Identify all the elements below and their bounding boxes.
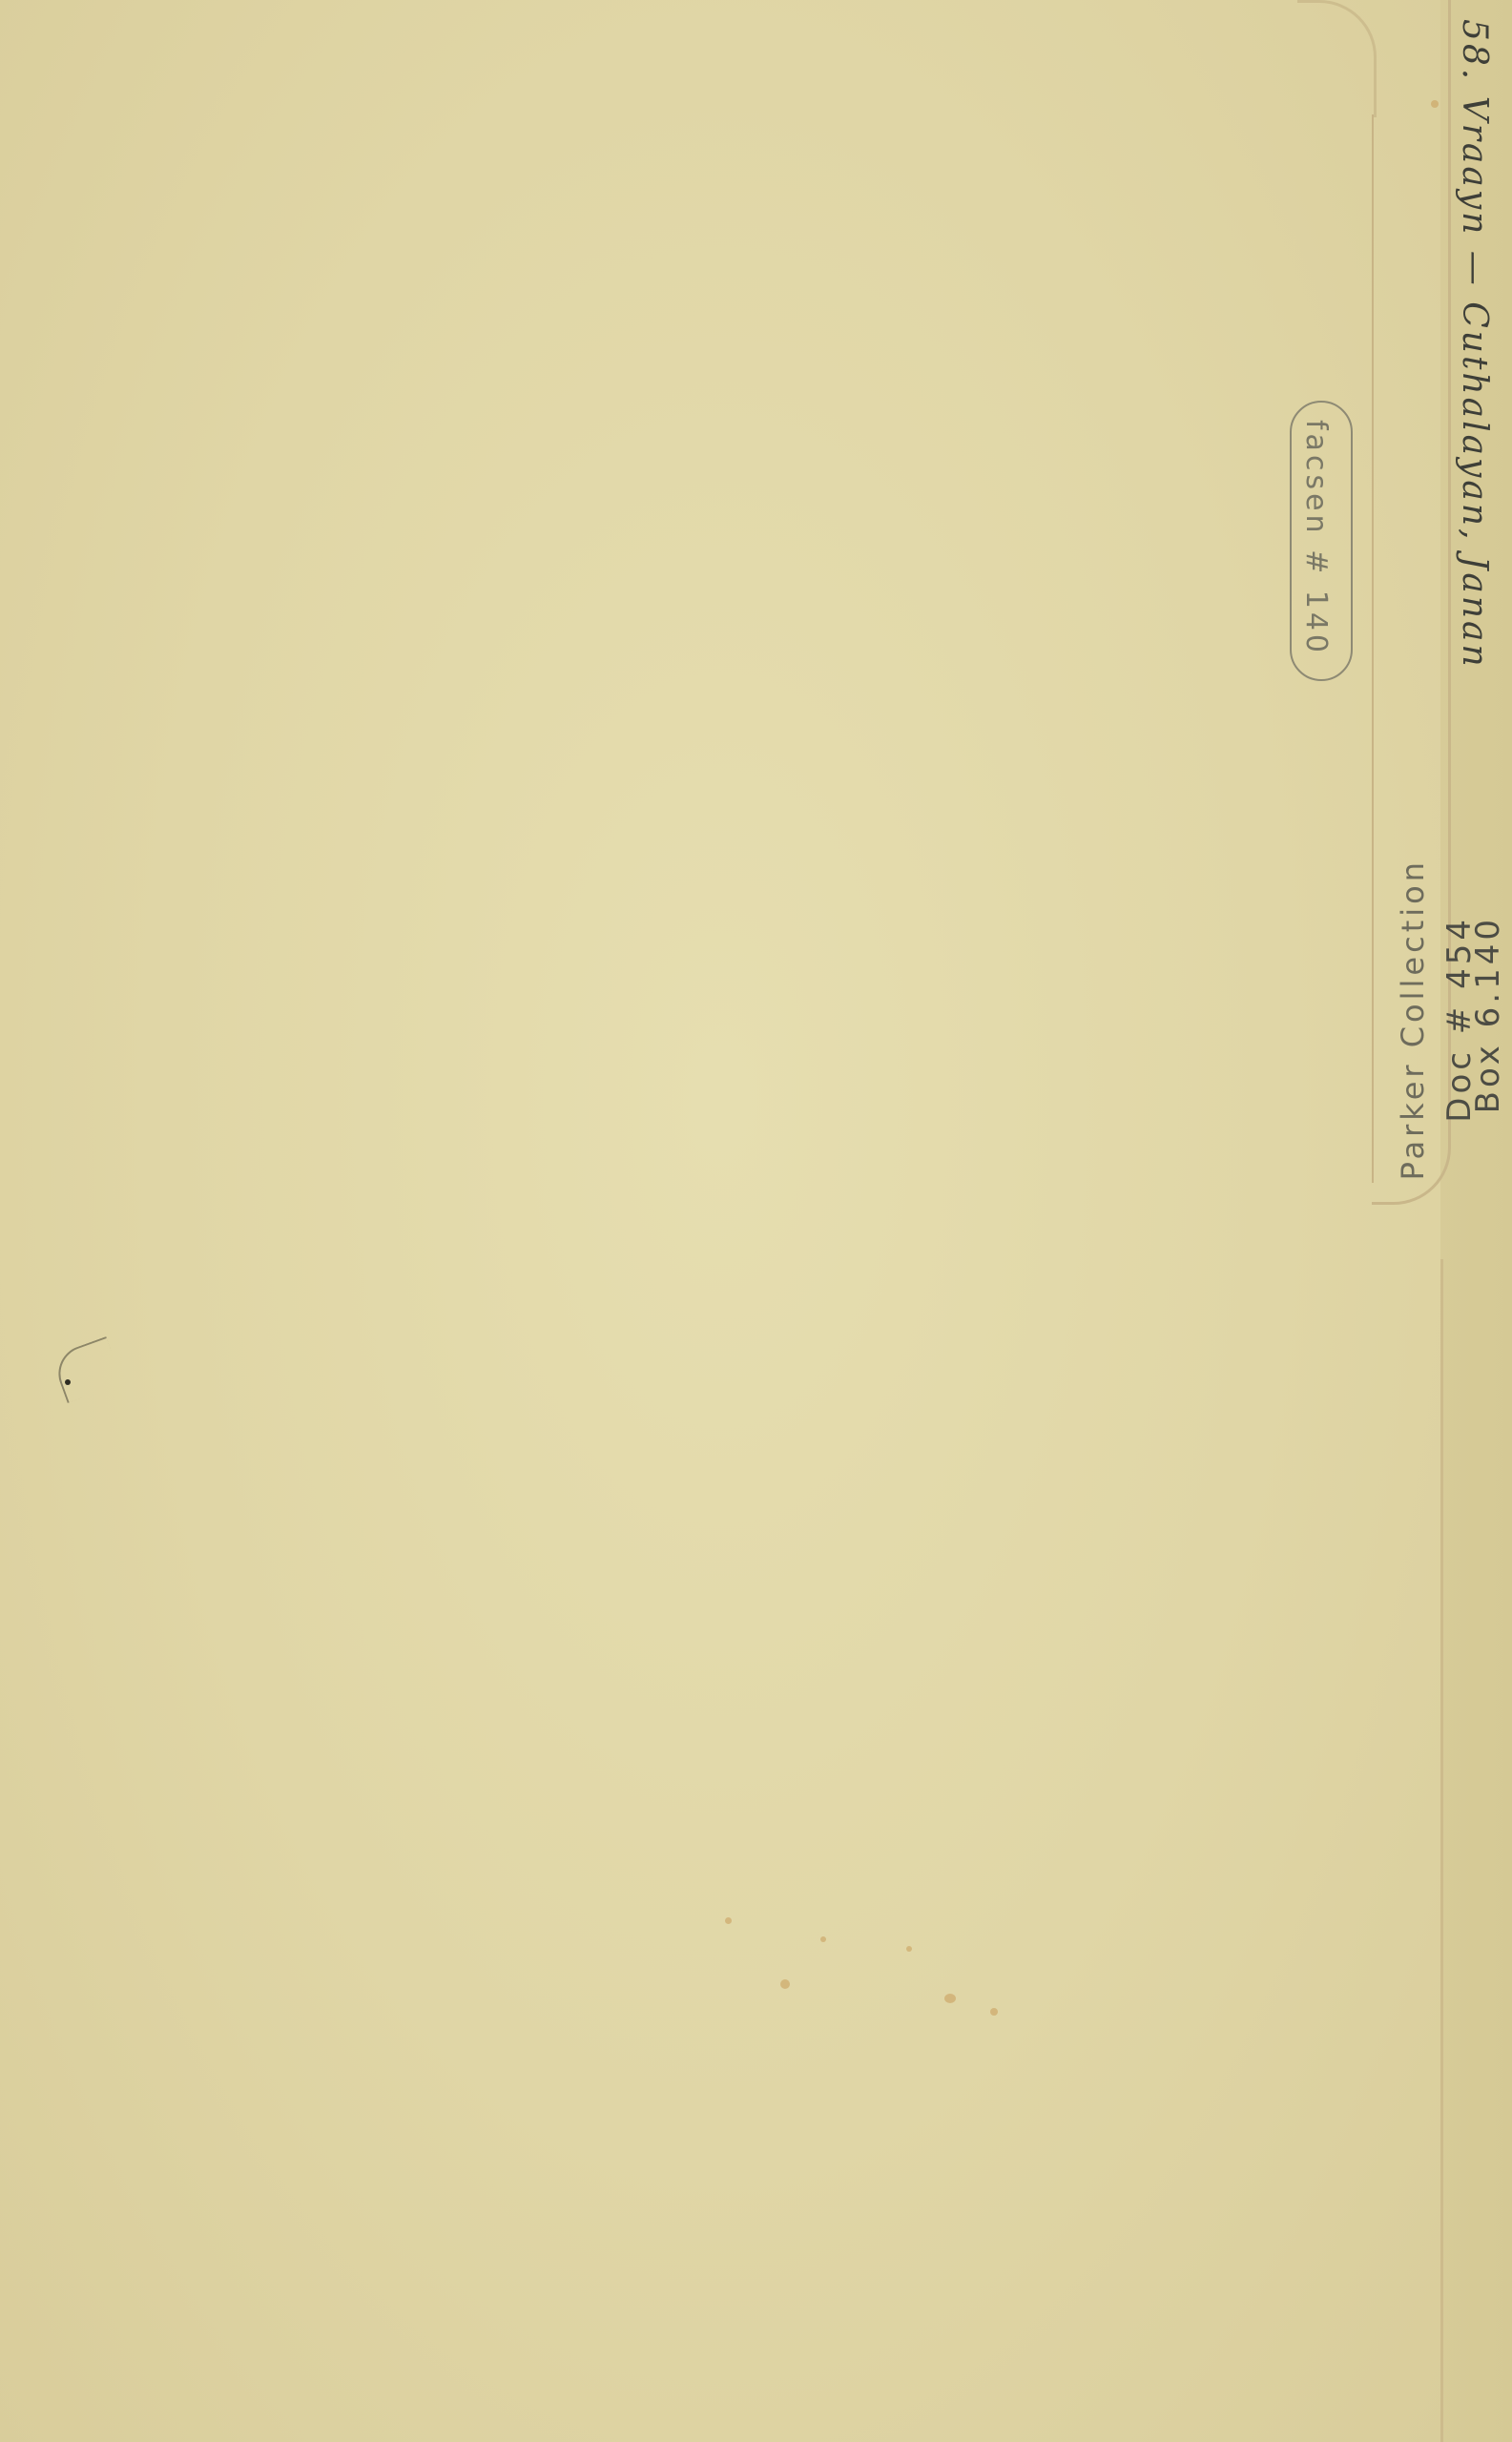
foxing-spot [820, 1936, 826, 1942]
foxing-spot [1431, 100, 1439, 108]
doc-number: Doc # 454 [1440, 916, 1479, 1123]
foxing-spot [944, 1994, 956, 2003]
title-annotation: 58. Vraayn — Cuthalayan, Janan [1455, 19, 1494, 670]
foxing-spot [990, 2008, 998, 2016]
ink-dot [65, 1379, 71, 1385]
foxing-spot [780, 1979, 790, 1989]
foxing-spot [725, 1917, 732, 1924]
card-lower-edge [1440, 1259, 1443, 2442]
collection-name: Parker Collection [1395, 859, 1431, 1180]
foxing-spot [906, 1946, 912, 1952]
card-surface [0, 0, 1440, 2442]
oval-label: facsen # 140 [1299, 420, 1333, 656]
